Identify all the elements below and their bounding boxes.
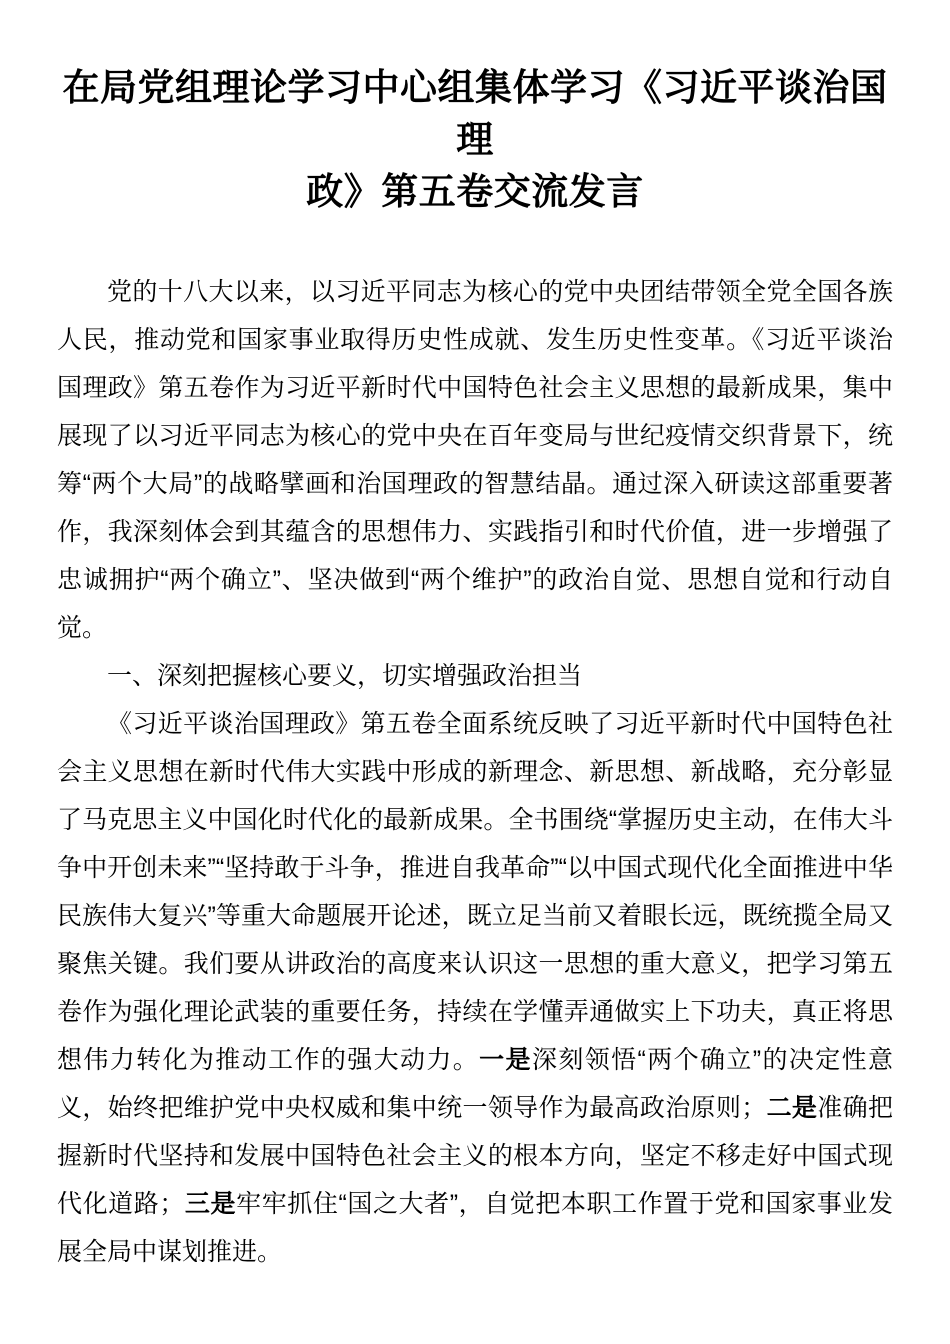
document-title: 在局党组理论学习中心组集体学习《习近平谈治国理 政》第五卷交流发言 xyxy=(57,62,893,218)
paragraph-intro: 党的十八大以来，以习近平同志为核心的党中央团结带领全党全国各族人民，推动党和国家… xyxy=(57,268,893,652)
paragraph-segment: 《习近平谈治国理政》第五卷全面系统反映了习近平新时代中国特色社会主义思想在新时代… xyxy=(57,710,893,1074)
document-title-line-1: 在局党组理论学习中心组集体学习《习近平谈治国理 xyxy=(63,67,888,160)
paragraph-segment-bold-yishi: 一是 xyxy=(479,1046,532,1074)
document-title-line-2: 政》第五卷交流发言 xyxy=(306,171,644,212)
paragraph-section-1: 《习近平谈治国理政》第五卷全面系统反映了习近平新时代中国特色社会主义思想在新时代… xyxy=(57,700,893,1276)
document-body: 党的十八大以来，以习近平同志为核心的党中央团结带领全党全国各族人民，推动党和国家… xyxy=(57,268,893,1276)
document-page: 在局党组理论学习中心组集体学习《习近平谈治国理 政》第五卷交流发言 党的十八大以… xyxy=(0,0,950,1344)
section-heading-1: 一、深刻把握核心要义，切实增强政治担当 xyxy=(57,652,893,700)
paragraph-segment-bold-ershi: 二是 xyxy=(766,1094,817,1122)
paragraph-segment-bold-sanshi: 三是 xyxy=(184,1190,236,1218)
